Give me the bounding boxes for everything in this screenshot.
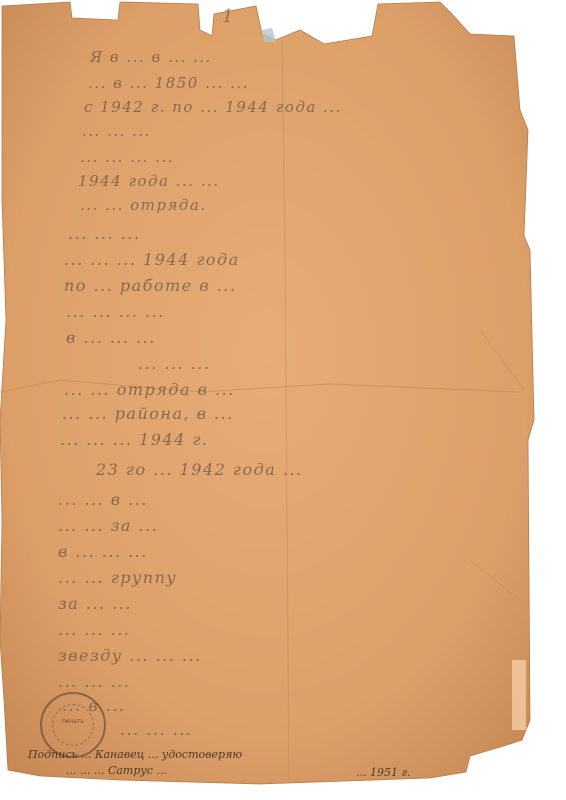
text-line: ... ... отряда в ... — [64, 380, 235, 399]
text-line: в ... ... ... — [58, 542, 148, 561]
text-line: за ... ... — [58, 594, 132, 613]
text-line: ... ... группу — [58, 568, 177, 587]
text-line: ... ... района, в ... — [62, 404, 234, 423]
text-line: по ... работе в ... — [64, 276, 236, 295]
signature-date: ... 1951 г. — [356, 766, 411, 779]
text-line: 1944 года ... ... — [78, 172, 220, 190]
signature-line-1: Подпись ... Канавец ... удостоверяю — [28, 748, 242, 761]
text-line: Я в ... в ... ... — [90, 48, 212, 66]
text-line: ... ... ... — [120, 720, 192, 739]
text-line: ... ... ... ... — [80, 148, 174, 166]
text-line: 23 го ... 1942 года ... — [96, 460, 303, 479]
text-line: ... ... ... — [82, 122, 151, 140]
text-line: ... ... ... — [68, 224, 140, 243]
text-line: звезду ... ... ... — [58, 646, 202, 665]
text-line: ... в ... 1850 ... ... — [88, 74, 249, 92]
text-line: ... ... ... — [58, 620, 130, 639]
text-line: ... ... ... — [58, 672, 130, 691]
text-line: ... ... ... 1944 г. — [60, 430, 209, 449]
text-line: ... ... ... — [138, 354, 210, 373]
document-page: 1 Я в ... в ... ... ... в ... 1850 ... .… — [0, 0, 566, 800]
text-line: ... ... отряда. — [80, 196, 207, 214]
stamp-text: печать — [50, 718, 96, 725]
text-line: ... ... ... 1944 года — [64, 250, 240, 269]
text-line: в ... ... ... — [66, 328, 156, 347]
text-line: ... ... в ... — [58, 490, 148, 509]
text-line: с 1942 г. по ... 1944 года ... — [84, 98, 342, 116]
page-number: 1 — [222, 6, 233, 27]
text-line: ... ... ... ... — [66, 302, 165, 321]
text-line: ... ... за ... — [58, 516, 158, 535]
signature-line-2: ... ... ... Сатрус ... — [66, 764, 167, 777]
